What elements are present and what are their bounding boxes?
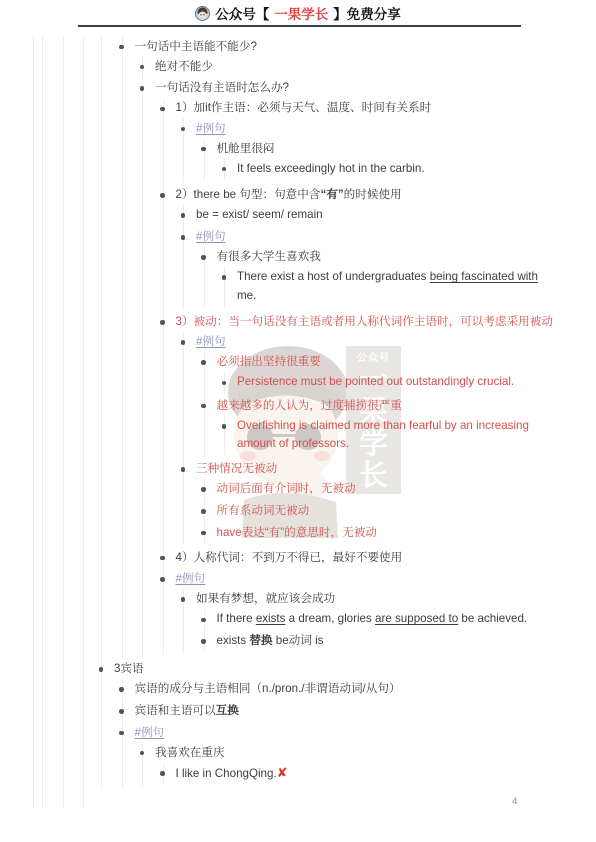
example-link[interactable]: #例句 <box>176 572 206 585</box>
outline-item: 如果有梦想，就应该会成功If there exists a dream, glo… <box>184 589 556 654</box>
text-run: 1）加it作主语：必须与天气、温度、时间有关系时 <box>176 101 432 114</box>
outline-item: If there exists a dream, glories are sup… <box>205 609 557 631</box>
page-header: 公众号【一果学长】免费分享 <box>0 0 596 26</box>
outline-item: 4）人称代词：不到万不得已，最好不要使用 <box>164 547 557 569</box>
outline-item: 三种情况无被动动词后面有介词时，无被动所有系动词无被动have表达“有”的意思时… <box>184 459 556 546</box>
outline-item: It feels exceedingly hot in the carbin. <box>225 158 556 180</box>
text-run: “有” <box>320 188 343 201</box>
header-divider <box>78 25 521 27</box>
example-link[interactable]: #例句 <box>135 726 165 739</box>
text-run: I like in ChongQing. <box>176 767 277 780</box>
text-run: exists <box>217 634 250 647</box>
text-run: being fascinated with <box>430 270 538 283</box>
outline-item: be = exist/ seem/ remain <box>184 205 556 227</box>
indent-guide-line <box>63 36 64 808</box>
text-run: 三种情况无被动 <box>196 462 277 475</box>
example-link[interactable]: #例句 <box>196 122 226 135</box>
outline-item: 有很多大学生喜欢我There exist a host of undergrad… <box>205 247 557 309</box>
outline-item: 动词后面有介词时，无被动 <box>205 479 557 501</box>
text-run: 如果有梦想，就应该会成功 <box>196 592 335 605</box>
outline-item: 一句话中主语能不能少?绝对不能少一句话没有主语时怎么办?1）加it作主语：必须与… <box>123 36 557 659</box>
outline-link-item[interactable]: #例句必须指出坚持很重要Persistence must be pointed … <box>184 332 556 459</box>
example-link[interactable]: #例句 <box>196 335 226 348</box>
text-run: 动词后面有介词时，无被动 <box>217 482 356 495</box>
outline-item: 1）加it作主语：必须与天气、温度、时间有关系时#例句机舱里很闷It feels… <box>164 98 557 185</box>
page: { "header": { "icon": "avatar-icon", "ti… <box>0 0 596 842</box>
header-title-brand: 一果学长 <box>274 3 328 23</box>
text-run: 3）被动：当一句话没有主语或者用人称代词作主语时，可以考虑采用被动 <box>176 315 553 328</box>
text-run: It feels exceedingly hot in the carbin. <box>237 162 425 175</box>
text-run: be = exist/ seem/ remain <box>196 208 323 221</box>
outline-item: 3）被动：当一句话没有主语或者用人称代词作主语时，可以考虑采用被动#例句必须指出… <box>164 312 557 547</box>
text-run: There exist a host of undergraduates <box>237 270 430 283</box>
cross-mark-icon: ✘ <box>277 765 288 780</box>
text-run: 一句话中主语能不能少? <box>135 40 257 53</box>
text-run: 我喜欢在重庆 <box>155 746 225 759</box>
avatar-icon <box>195 6 210 21</box>
outline: 一句话中主语能不能少?绝对不能少一句话没有主语时怎么办?1）加it作主语：必须与… <box>101 36 556 790</box>
text-run: 互换 <box>216 704 239 717</box>
outline-item: 绝对不能少 <box>143 56 556 78</box>
outline-item: exists 替换 be动词 is <box>205 631 557 653</box>
outline-item: have表达“有”的意思时，无被动 <box>205 522 557 544</box>
text-run: be achieved. <box>458 612 527 625</box>
text-run: 必须指出坚持很重要 <box>217 355 321 368</box>
outline-item: 所有系动词无被动 <box>205 500 557 522</box>
outline-item: 必须指出坚持很重要Persistence must be pointed out… <box>205 352 557 395</box>
text-run: a dream, glories <box>285 612 375 625</box>
outline-item: There exist a host of undergraduates bei… <box>225 267 556 307</box>
text-run: me. <box>237 289 256 302</box>
header-title-prefix: 公众号【 <box>215 3 269 23</box>
text-run: 所有系动词无被动 <box>217 504 310 517</box>
outline-item: 机舱里很闷It feels exceedingly hot in the car… <box>205 138 557 181</box>
outline-item: 越来越多的人认为，过度捕捞很严重Overfishing is claimed m… <box>205 395 557 457</box>
outline-item: 一句话没有主语时怎么办?1）加it作主语：必须与天气、温度、时间有关系时#例句机… <box>143 78 556 657</box>
text-run: 有很多大学生喜欢我 <box>217 250 321 263</box>
indent-guide-line <box>33 36 34 808</box>
text-run: 3宾语 <box>114 662 144 675</box>
text-run: 越来越多的人认为，过度捕捞很严重 <box>217 399 403 412</box>
text-run: 2）there be 句型：句意中含 <box>176 188 321 201</box>
text-run: 替换 <box>249 634 272 647</box>
indent-guide-line <box>83 36 84 808</box>
text-run: Overfishing is claimed more than fearful… <box>237 419 529 451</box>
outline-link-item[interactable]: #例句机舱里很闷It feels exceedingly hot in the … <box>184 118 556 183</box>
example-link[interactable]: #例句 <box>196 230 226 243</box>
text-run: If there <box>217 612 256 625</box>
outline-item: 3宾语宾语的成分与主语相同（n./pron./非谓语动词/从句）宾语和主语可以互… <box>102 659 556 790</box>
text-run: 机舱里很闷 <box>217 142 275 155</box>
text-run: 4）人称代词：不到万不得已，最好不要使用 <box>176 551 403 564</box>
text-run: exists <box>256 612 286 625</box>
outline-item: Overfishing is claimed more than fearful… <box>225 415 556 455</box>
text-run: Persistence must be pointed out outstand… <box>237 375 514 388</box>
text-run: are supposed to <box>375 612 458 625</box>
text-run: 一句话没有主语时怎么办? <box>155 81 289 94</box>
text-run: have表达“有”的意思时，无被动 <box>217 526 377 539</box>
outline-item: 我喜欢在重庆I like in ChongQing.✘ <box>143 742 556 786</box>
text-run: 绝对不能少 <box>155 60 213 73</box>
outline-item: 宾语和主语可以互换 <box>123 700 557 722</box>
page-number: 4 <box>512 796 517 807</box>
outline-item: Persistence must be pointed out outstand… <box>225 372 556 394</box>
text-run: be动词 is <box>273 634 324 647</box>
text-run: 的时候使用 <box>344 188 402 201</box>
outline-link-item[interactable]: #例句有很多大学生喜欢我There exist a host of underg… <box>184 226 556 310</box>
text-run: 宾语和主语可以 <box>135 704 216 717</box>
outline-item: 宾语的成分与主语相同（n./pron./非谓语动词/从句） <box>123 679 557 701</box>
text-run: 宾语的成分与主语相同（n./pron./非谓语动词/从句） <box>135 682 401 695</box>
indent-guide-line <box>42 36 43 808</box>
outline-link-item[interactable]: #例句我喜欢在重庆I like in ChongQing.✘ <box>123 722 557 788</box>
header-title-suffix: 】免费分享 <box>333 3 401 23</box>
outline-item: 2）there be 句型：句意中含“有”的时候使用be = exist/ se… <box>164 185 557 312</box>
outline-item: I like in ChongQing.✘ <box>164 762 557 785</box>
outline-link-item[interactable]: #例句如果有梦想，就应该会成功If there exists a dream, … <box>164 569 557 656</box>
